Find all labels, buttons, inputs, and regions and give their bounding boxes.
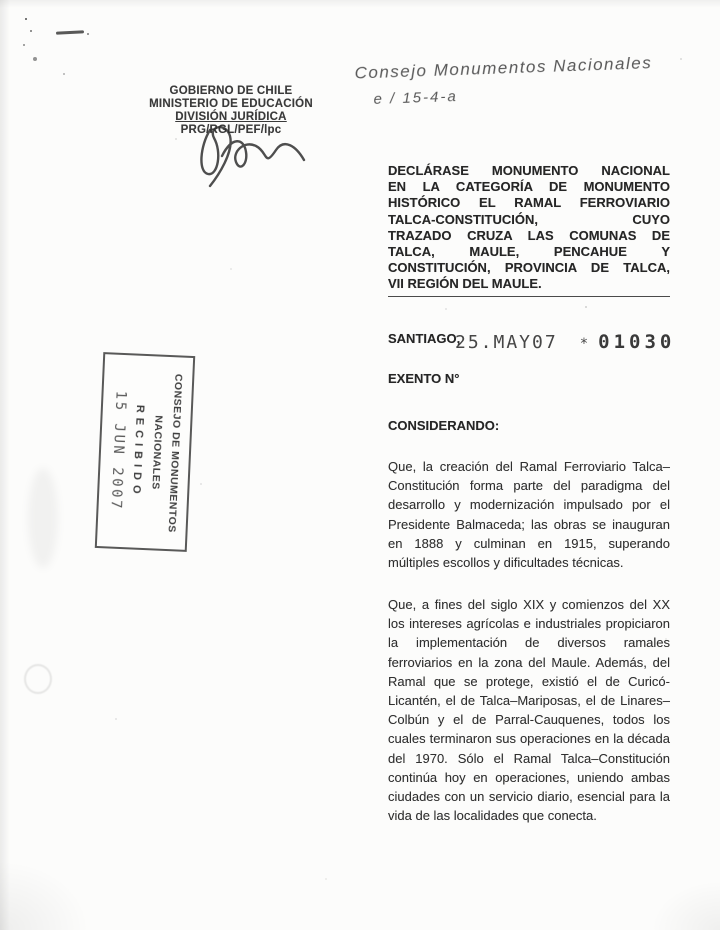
heading-line: HISTÓRICO EL RAMAL FERROVIARIO xyxy=(388,195,670,211)
handwritten-line-2: e / 15-4-a xyxy=(373,80,675,108)
date-stamp: 25.MAY07 xyxy=(455,332,558,353)
decree-number-stamp: 25.MAY07*01030 xyxy=(455,331,675,353)
heading-line: TALCA-CONSTITUCIÓN, CUYO xyxy=(388,212,670,228)
stamp-date: 15 JUN 2007 xyxy=(107,390,127,511)
scan-edge-left xyxy=(0,0,10,930)
scan-speckles xyxy=(25,18,27,20)
ink-dash-mark xyxy=(56,30,84,34)
heading-line: CONSTITUCIÓN, PROVINCIA DE TALCA, xyxy=(388,260,670,276)
heading-line: EN LA CATEGORÍA DE MONUMENTO xyxy=(388,179,670,195)
document-page: GOBIERNO DE CHILE MINISTERIO DE EDUCACIÓ… xyxy=(0,0,720,930)
place-date-line: SANTIAGO, 25.MAY07*01030 xyxy=(388,330,670,354)
scan-edge-top xyxy=(0,0,720,8)
received-stamp: CONSEJO DE MONUMENTOS NACIONALES RECIBID… xyxy=(95,352,195,552)
scan-corner-shade xyxy=(650,880,720,930)
heading-line: VII REGIÓN DEL MAULE. xyxy=(388,276,670,292)
paragraph-1: Que, la creación del Ramal Ferroviario T… xyxy=(388,457,670,572)
heading-line: TALCA, MAULE, PENCAHUE Y xyxy=(388,244,670,260)
letterhead-line-government: GOBIERNO DE CHILE xyxy=(118,85,344,98)
handwritten-line-1: Consejo Monumentos Nacionales xyxy=(354,52,675,83)
stamp-star: * xyxy=(580,336,588,352)
faint-smudge-marks xyxy=(40,649,136,674)
scan-smudge-blob xyxy=(28,468,58,568)
place-label: SANTIAGO, xyxy=(388,331,460,346)
paragraph-2: Que, a fines del siglo XIX y comienzos d… xyxy=(388,595,670,825)
handwritten-note: Consejo Monumentos Nacionales e / 15-4-a xyxy=(354,52,675,108)
heading-line: TRAZADO CRUZA LAS COMUNAS DE xyxy=(388,228,670,244)
signature-scribble xyxy=(192,116,312,196)
decree-number: 01030 xyxy=(598,331,675,353)
stamp-org-line-2: NACIONALES xyxy=(149,415,163,490)
considerando-label: CONSIDERANDO: xyxy=(388,418,670,433)
exento-label: EXENTO N° xyxy=(388,371,670,386)
stamp-status: RECIBIDO xyxy=(130,405,146,499)
heading-line: DECLÁRASE MONUMENTO NACIONAL xyxy=(388,163,670,179)
stamp-org-line-1: CONSEJO DE MONUMENTOS xyxy=(166,374,184,533)
letterhead-line-ministry: MINISTERIO DE EDUCACIÓN xyxy=(118,98,344,111)
decree-heading: DECLÁRASE MONUMENTO NACIONAL EN LA CATEG… xyxy=(388,163,670,297)
scan-corner-shade xyxy=(0,860,90,930)
